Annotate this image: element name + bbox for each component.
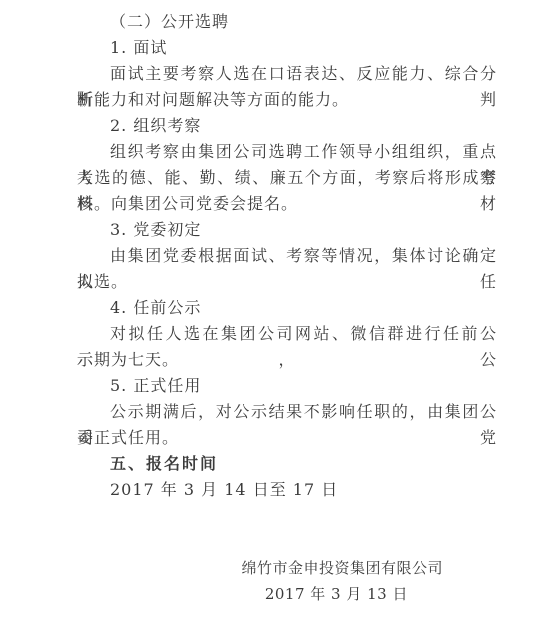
document-page: （二）公开选聘 1. 面试 面试主要考察人选在口语表达、反应能力、综合分析判 断… xyxy=(0,0,553,619)
step-title-interview: 1. 面试 xyxy=(77,35,497,61)
paragraph-line: 面试主要考察人选在口语表达、反应能力、综合分析判 xyxy=(77,61,497,87)
paragraph-line: 公示期满后，对公示结果不影响任职的，由集团公司党 xyxy=(77,399,497,425)
signature-date: 2017 年 3 月 13 日 xyxy=(77,581,497,607)
paragraph-line: 组织考察由集团公司选聘工作领导小组组织，重点考察 xyxy=(77,139,497,165)
paragraph-line: 由集团党委根据面试、考察等情况，集体讨论确定拟任 xyxy=(77,243,497,269)
step-title-inspection: 2. 组织考察 xyxy=(77,113,497,139)
step-title-committee-decision: 3. 党委初定 xyxy=(77,217,497,243)
signup-period: 2017 年 3 月 14 日至 17 日 xyxy=(77,477,497,503)
step-title-public-notice: 4. 任前公示 xyxy=(77,295,497,321)
paragraph-line: 对拟任人选在集团公司网站、微信群进行任前公示，公 xyxy=(77,321,497,347)
paragraph-line: 人选的德、能、勤、绩、廉五个方面，考察后将形成考核材 xyxy=(77,165,497,191)
section-heading-signup-time: 五、报名时间 xyxy=(77,451,497,477)
blank-space xyxy=(77,503,497,555)
subsection-heading: （二）公开选聘 xyxy=(77,9,497,35)
signature-company: 绵竹市金申投资集团有限公司 xyxy=(77,555,497,581)
step-title-formal-appointment: 5. 正式任用 xyxy=(77,373,497,399)
document-text-column: （二）公开选聘 1. 面试 面试主要考察人选在口语表达、反应能力、综合分析判 断… xyxy=(77,9,497,607)
